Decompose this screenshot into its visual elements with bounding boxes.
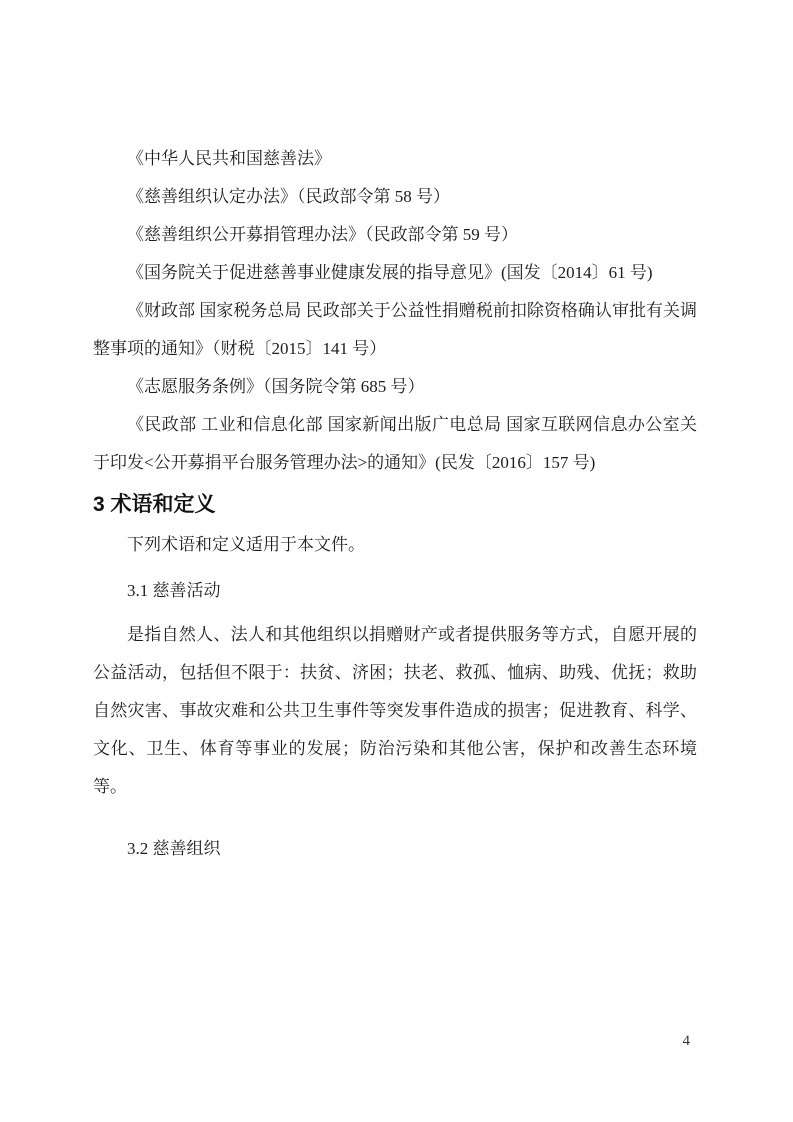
reference-item: 《民政部 工业和信息化部 国家新闻出版广电总局 国家互联网信息办公室关于印发<公… [93,406,697,482]
reference-item: 《国务院关于促进慈善事业健康发展的指导意见》(国发〔2014〕61 号) [93,254,697,292]
reference-item: 《慈善组织公开募捐管理办法》（民政部令第 59 号） [93,216,697,254]
reference-item: 《中华人民共和国慈善法》 [93,140,697,178]
page-number: 4 [683,1032,691,1050]
reference-item: 《慈善组织认定办法》（民政部令第 58 号） [93,178,697,216]
terms-intro: 下列术语和定义适用于本文件。 [93,526,697,564]
section-heading: 3 术语和定义 [93,490,697,520]
reference-item: 《志愿服务条例》（国务院令第 685 号） [93,368,697,406]
reference-item: 《财政部 国家税务总局 民政部关于公益性捐赠税前扣除资格确认审批有关调整事项的通… [93,292,697,368]
term-label-3-2: 3.2 慈善组织 [93,830,697,868]
document-content: 《中华人民共和国慈善法》 《慈善组织认定办法》（民政部令第 58 号） 《慈善组… [93,140,697,868]
term-definition-3-1: 是指自然人、法人和其他组织以捐赠财产或者提供服务等方式，自愿开展的公益活动，包括… [93,616,697,806]
document-page: 《中华人民共和国慈善法》 《慈善组织认定办法》（民政部令第 58 号） 《慈善组… [0,0,793,1122]
term-label-3-1: 3.1 慈善活动 [93,572,697,610]
